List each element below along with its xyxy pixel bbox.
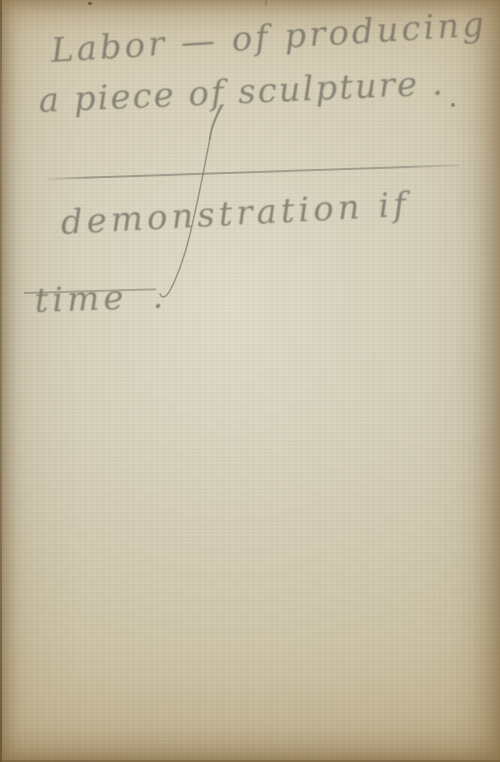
handwriting-line-sculpture: a piece of sculpture . bbox=[38, 66, 445, 118]
handwriting-line-demonstration: demonstration if bbox=[60, 188, 411, 240]
paper-speck bbox=[451, 103, 455, 107]
scanned-book-page: Labor — of producing a piece of sculptur… bbox=[0, 0, 500, 762]
paper-speck bbox=[88, 2, 92, 5]
pencil-divider-line bbox=[46, 164, 459, 180]
handwriting-line-time: time . bbox=[34, 279, 168, 318]
scan-edge-left bbox=[0, 0, 2, 762]
paper-speck bbox=[265, 0, 267, 6]
handwriting-line-labor: Labor — of producing bbox=[50, 7, 488, 68]
